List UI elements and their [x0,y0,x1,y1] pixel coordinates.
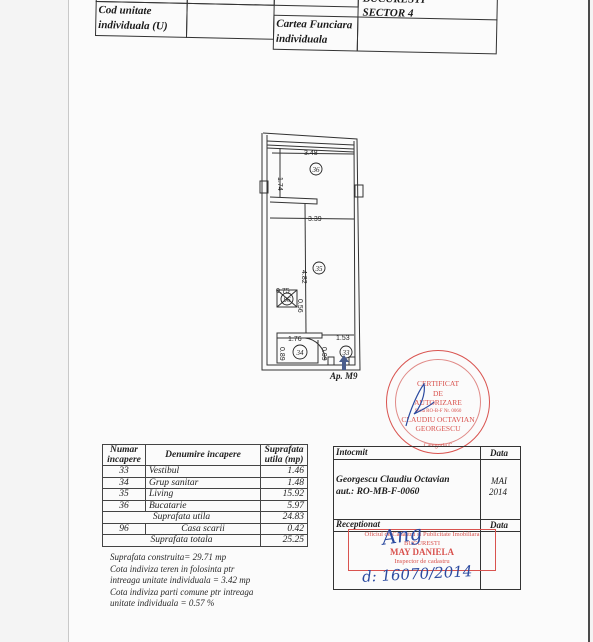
dim-label: 1.76 [288,336,302,343]
floor-plan-drawing: 3.48 1.74 3.39 4.82 0.75 0.56 1.76 1.53 … [250,125,380,390]
total-row: Suprafata totala 25.25 [103,535,308,547]
date-label: Data [490,448,508,458]
stamp-line: MAY DANIELA [349,548,495,557]
room-area: 1.46 [261,466,308,478]
date-year: 2014 [489,487,507,497]
total-label: Suprafata totala [103,535,261,547]
total-area: 25.25 [261,535,308,547]
land-book-label: Cartea Funciara individuala [274,16,359,50]
col-header-name: Denumire incapere [146,445,261,466]
unit-code-label-cell: Cod unitate individuala (U) [95,1,188,38]
table-row: 36 Bucatarie 5.97 [103,500,308,512]
room-name: Casa scarii [146,523,261,535]
note-line: Cota indiviza teren in folosinta ptr [110,564,253,576]
land-book-label-cell: Cartea Funciara individuala [273,15,359,52]
floor-plan: 3.48 1.74 3.39 4.82 0.75 0.56 1.76 1.53 … [250,125,380,390]
room-marker: 35 [315,265,324,273]
room-name: Grup sanitar [146,477,261,489]
room-area: 0.42 [261,523,308,535]
entrance-arrow-icon [339,355,349,370]
dim-label: 3.48 [304,150,318,157]
uat-label: UAT [277,0,303,2]
col-header-area: Suprafata utila (mp) [261,445,308,466]
author-name: Georgescu Claudiu Octavian [336,475,449,485]
note-line: Cota indiviza parti comune ptr intreaga [110,587,253,599]
prepared-label: Intocmit [336,447,368,457]
dim-label: 4.82 [300,270,307,284]
subtotal-area: 24.83 [261,512,308,524]
note-line: Suprafata construita= 29.71 mp [110,552,253,564]
area-notes: Suprafata construita= 29.71 mp Cota indi… [110,552,253,610]
room-name: Living [146,489,261,501]
dim-label: 3.39 [308,216,322,223]
rooms-table: Numar incapere Denumire incapere Suprafa… [102,444,308,547]
room-marker: 36 [312,166,321,174]
signature-scribble-icon [400,380,440,430]
note-line: intreaga unitate individuala = 3.42 mp [110,575,253,587]
room-area: 1.48 [261,477,308,489]
dim-label: 0.89 [278,347,285,361]
header-table: UAT BUCURESTI SECTOR 4 Cod unitate indiv… [95,0,498,62]
subtotal-label: Suprafata utila [103,512,261,524]
room-number: 36 [103,500,146,512]
room-number: 96 [103,523,146,535]
room-area: 15.92 [261,489,308,501]
room-area: 5.97 [261,500,308,512]
room-marker: 96 [284,296,292,304]
table-row: 34 Grup sanitar 1.48 [103,477,308,489]
room-name: Vestibul [146,466,261,478]
room-number: 33 [103,466,146,478]
page-edge [588,0,590,642]
dim-label: 1.74 [276,177,283,191]
land-book-value-cell [357,16,498,54]
note-line: unitate individuala = 0.57 % [110,598,253,610]
dim-label: 1.53 [336,335,350,342]
subtotal-row: Suprafata utila 24.83 [103,512,308,524]
header-cell-uat: UAT [274,0,359,8]
unit-code-value-cell [186,3,275,40]
dim-label: 0.75 [276,288,290,295]
dim-label: 0.99 [320,347,327,361]
room-name: Bucatarie [146,500,261,512]
room-number: 35 [103,489,146,501]
author-box: Intocmit Data Georgescu Claudiu Octavian… [333,446,521,590]
room-number: 34 [103,477,146,489]
room-marker: 33 [342,349,351,357]
room-marker: 34 [296,349,305,357]
table-row: 96 Casa scarii 0.42 [103,523,308,535]
apartment-label: Ap. M9 [330,371,358,381]
date-month: MAI [491,476,507,486]
table-row: 35 Living 15.92 [103,489,308,501]
dim-label: 0.56 [296,299,303,313]
unit-code-label: Cod unitate individuala (U) [96,2,181,36]
col-header-number: Numar incapere [103,445,146,466]
table-row: 33 Vestibul 1.46 [103,466,308,478]
received-label: Receptionat [336,519,380,529]
author-code: aut.: RO-MB-F-0060 [336,487,419,497]
